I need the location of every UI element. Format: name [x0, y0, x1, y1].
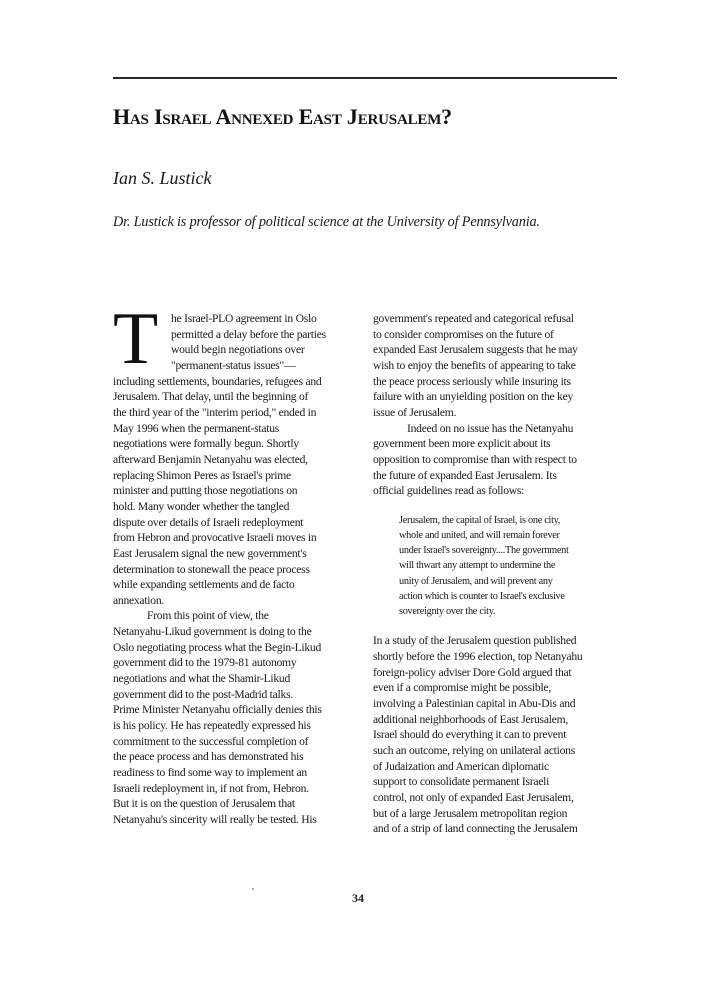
quote-line: unity of Jerusalem, and will prevent any — [399, 574, 619, 589]
text-line: government been more explicit about its — [373, 436, 619, 452]
text-line: negotiations were formally begun. Shortl… — [113, 436, 357, 452]
text-line: readiness to find some way to implement … — [113, 765, 357, 781]
text-line: is his policy. He has repeatedly express… — [113, 718, 357, 734]
paragraph-1: including settlements, boundaries, refug… — [113, 374, 357, 609]
text-line: Israeli redeployment in, if not from, He… — [113, 781, 357, 797]
text-line: additional neighborhoods of East Jerusal… — [373, 712, 619, 728]
right-column: government's repeated and categorical re… — [373, 311, 619, 837]
quote-line: sovereignty over the city. — [399, 604, 619, 619]
author-affiliation: Dr. Lustick is professor of political sc… — [113, 214, 540, 231]
text-line: failure with an unyielding position on t… — [373, 389, 619, 405]
text-line: opposition to compromise than with respe… — [373, 452, 619, 468]
left-column: T he Israel-PLO agreement in Oslo permit… — [113, 311, 357, 828]
text-line: support to consolidate permanent Israeli — [373, 774, 619, 790]
quote-line: Jerusalem, the capital of Israel, is one… — [399, 513, 619, 528]
text-line: official guidelines read as follows: — [373, 483, 619, 499]
text-line: the future of expanded East Jerusalem. I… — [373, 468, 619, 484]
paragraph-2: From this point of view, the Netanyahu-L… — [113, 608, 357, 827]
block-quote: Jerusalem, the capital of Israel, is one… — [399, 513, 619, 619]
paragraph-3: government's repeated and categorical re… — [373, 311, 619, 421]
page-number: 34 — [352, 891, 364, 906]
opening-paragraph: T he Israel-PLO agreement in Oslo permit… — [113, 311, 357, 374]
text-line: to consider compromises on the future of — [373, 327, 619, 343]
text-line: minister and putting those negotiations … — [113, 483, 357, 499]
text-line: Israel should do everything it can to pr… — [373, 727, 619, 743]
text-line: shortly before the 1996 election, top Ne… — [373, 649, 619, 665]
text-line: In a study of the Jerusalem question pub… — [373, 633, 619, 649]
text-line: dispute over details of Israeli redeploy… — [113, 515, 357, 531]
text-line: East Jerusalem signal the new government… — [113, 546, 357, 562]
text-line: Jerusalem. That delay, until the beginni… — [113, 389, 357, 405]
text-line: wish to enjoy the benefits of appearing … — [373, 358, 619, 374]
drop-cap: T — [113, 307, 158, 371]
text-line: issue of Jerusalem. — [373, 405, 619, 421]
text-line: Netanyahu's sincerity will really be tes… — [113, 812, 357, 828]
header-rule — [113, 77, 617, 79]
text-line: Indeed on no issue has the Netanyahu — [373, 421, 619, 437]
text-line: even if a compromise might be possible, — [373, 680, 619, 696]
text-line: From this point of view, the — [113, 608, 357, 624]
text-line: replacing Shimon Peres as Israel's prime — [113, 468, 357, 484]
quote-line: under Israel's sovereignty....The govern… — [399, 543, 619, 558]
text-line: involving a Palestinian capital in Abu-D… — [373, 696, 619, 712]
text-line: such an outcome, relying on unilateral a… — [373, 743, 619, 759]
text-line: but of a large Jerusalem metropolitan re… — [373, 806, 619, 822]
text-line: commitment to the successful completion … — [113, 734, 357, 750]
text-line: expanded East Jerusalem suggests that he… — [373, 342, 619, 358]
quote-line: action which is counter to Israel's excl… — [399, 589, 619, 604]
scan-speck — [252, 888, 254, 890]
text-line: May 1996 when the permanent-status — [113, 421, 357, 437]
text-line: the third year of the "interim period," … — [113, 405, 357, 421]
text-line: Netanyahu-Likud government is doing to t… — [113, 624, 357, 640]
text-line: Prime Minister Netanyahu officially deni… — [113, 702, 357, 718]
text-line: of Judaization and American diplomatic — [373, 759, 619, 775]
text-line: and of a strip of land connecting the Je… — [373, 821, 619, 837]
text-line: foreign-policy adviser Dore Gold argued … — [373, 665, 619, 681]
text-line: government did to the 1979-81 autonomy — [113, 655, 357, 671]
text-line: determination to stonewall the peace pro… — [113, 562, 357, 578]
text-line: Oslo negotiating process what the Begin-… — [113, 640, 357, 656]
article-title: Has Israel Annexed East Jerusalem? — [113, 104, 633, 130]
text-line: while expanding settlements and de facto — [113, 577, 357, 593]
text-line: government did to the post-Madrid talks. — [113, 687, 357, 703]
text-line: control, not only of expanded East Jerus… — [373, 790, 619, 806]
text-line: annexation. — [113, 593, 357, 609]
paragraph-5: In a study of the Jerusalem question pub… — [373, 633, 619, 837]
text-line: government's repeated and categorical re… — [373, 311, 619, 327]
author-name: Ian S. Lustick — [113, 168, 212, 189]
text-line: afterward Benjamin Netanyahu was elected… — [113, 452, 357, 468]
paragraph-4: Indeed on no issue has the Netanyahu gov… — [373, 421, 619, 499]
quote-line: will thwart any attempt to undermine the — [399, 558, 619, 573]
text-line: from Hebron and provocative Israeli move… — [113, 530, 357, 546]
text-line: the peace process and has demonstrated h… — [113, 749, 357, 765]
text-line: the peace process seriously while insuri… — [373, 374, 619, 390]
text-line: hold. Many wonder whether the tangled — [113, 499, 357, 515]
text-line: negotiations and what the Shamir-Likud — [113, 671, 357, 687]
text-line: But it is on the question of Jerusalem t… — [113, 796, 357, 812]
quote-line: whole and united, and will remain foreve… — [399, 528, 619, 543]
